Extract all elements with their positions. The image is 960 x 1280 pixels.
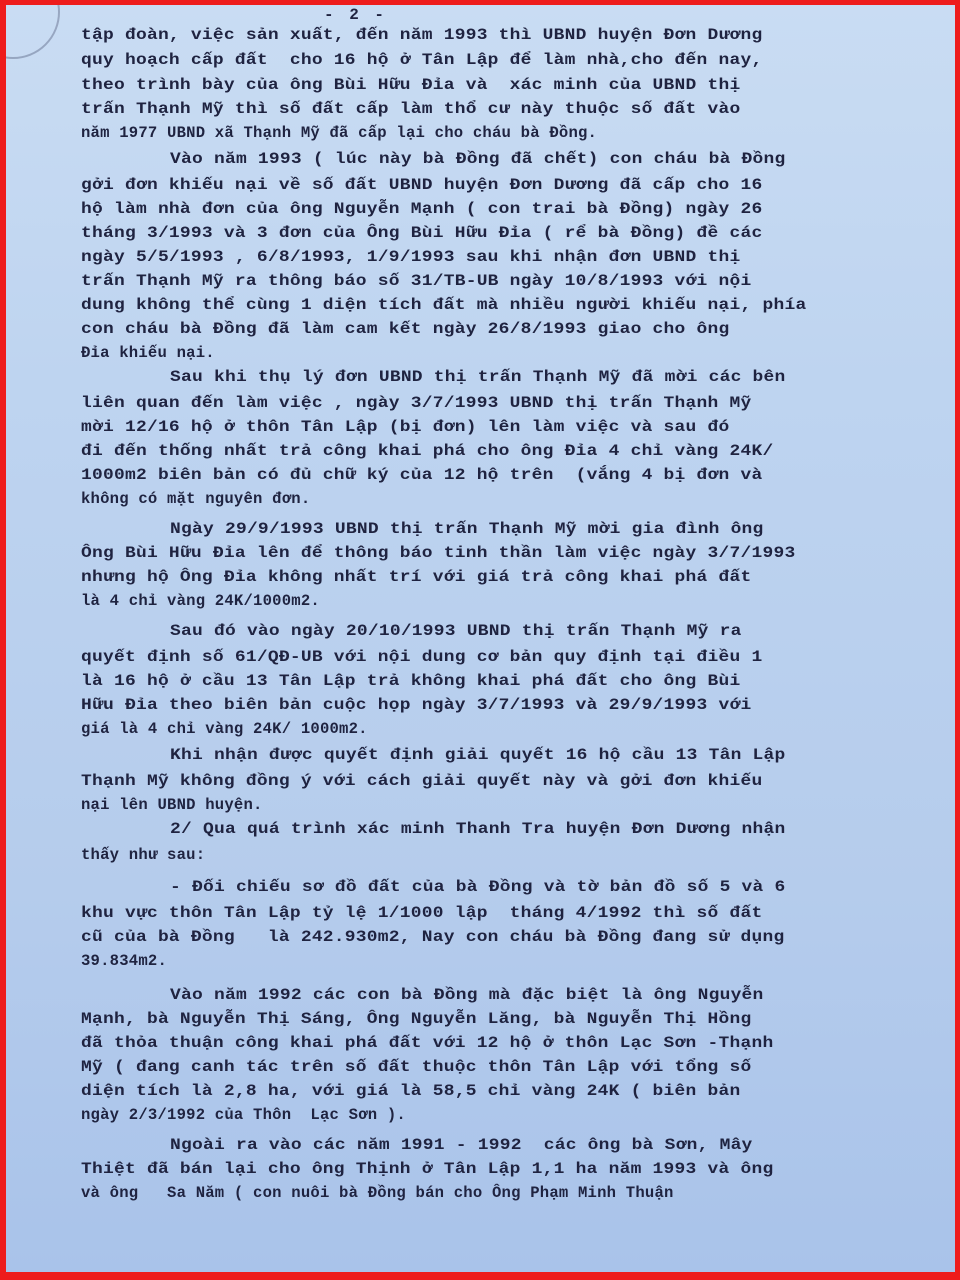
document-text-line: đã thỏa thuận công khai phá đất với 12 h…: [81, 1033, 773, 1053]
document-text-line: Sau đó vào ngày 20/10/1993 UBND thị trấn…: [170, 621, 742, 641]
document-text-line: Thạnh Mỹ không đồng ý với cách giải quyế…: [81, 771, 762, 791]
document-text-line: trấn Thạnh Mỹ thì số đất cấp làm thổ cư …: [81, 99, 740, 119]
document-text-line: Khi nhận được quyết định giải quyết 16 h…: [170, 745, 786, 765]
page-number: - 2 -: [324, 6, 387, 24]
document-text-line: không có mặt nguyên đơn.: [81, 489, 310, 509]
document-text-line: là 16 hộ ở cầu 13 Tân Lập trả không khai…: [81, 671, 740, 691]
document-text-line: Sau khi thụ lý đơn UBND thị trấn Thạnh M…: [170, 367, 786, 387]
document-text-line: tập đoàn, việc sản xuất, đến năm 1993 th…: [81, 25, 762, 45]
document-text-line: theo trình bày của ông Bùi Hữu Đỉa và xá…: [81, 75, 740, 95]
document-text-line: liên quan đến làm việc , ngày 3/7/1993 U…: [81, 393, 751, 413]
document-text-line: gởi đơn khiếu nại về số đất UBND huyện Đ…: [81, 175, 762, 195]
document-text-line: cũ của bà Đồng là 242.930m2, Nay con chá…: [81, 927, 784, 947]
document-text-line: Đỉa khiếu nại.: [81, 343, 215, 363]
document-text-line: và ông Sa Năm ( con nuôi bà Đồng bán cho…: [81, 1183, 674, 1203]
document-text-line: tháng 3/1993 và 3 đơn của Ông Bùi Hữu Đỉ…: [81, 223, 762, 243]
document-text-line: Vào năm 1993 ( lúc này bà Đồng đã chết) …: [170, 149, 786, 169]
document-text-line: Ngoài ra vào các năm 1991 - 1992 các ông…: [170, 1135, 753, 1155]
document-text-line: Vào năm 1992 các con bà Đồng mà đặc biệt…: [170, 985, 764, 1005]
document-text-line: quy hoạch cấp đất cho 16 hộ ở Tân Lập để…: [81, 50, 762, 70]
document-text-line: dung không thể cùng 1 diện tích đất mà n…: [81, 295, 806, 315]
document-text-line: 1000m2 biên bản có đủ chữ ký của 12 hộ t…: [81, 465, 762, 485]
document-text-line: ngày 2/3/1992 của Thôn Lạc Sơn ).: [81, 1105, 406, 1125]
document-text-line: nại lên UBND huyện.: [81, 795, 263, 815]
document-text-line: - Đối chiếu sơ đồ đất của bà Đồng và tờ …: [170, 877, 786, 897]
document-text-line: nhưng hộ Ông Đỉa không nhất trí với giá …: [81, 567, 751, 587]
document-text-line: quyết định số 61/QĐ-UB với nội dung cơ b…: [81, 647, 762, 667]
document-text-line: Ngày 29/9/1993 UBND thị trấn Thạnh Mỹ mờ…: [170, 519, 764, 539]
document-text-line: khu vực thôn Tân Lập tỷ lệ 1/1000 lập th…: [81, 903, 762, 923]
document-text-line: 2/ Qua quá trình xác minh Thanh Tra huyệ…: [170, 819, 786, 839]
document-text-line: Ông Bùi Hữu Đỉa lên để thông báo tinh th…: [81, 543, 795, 563]
document-text-line: thấy như sau:: [81, 845, 205, 865]
document-text-line: diện tích là 2,8 ha, với giá là 58,5 chỉ…: [81, 1081, 740, 1101]
document-text-line: mời 12/16 hộ ở thôn Tân Lập (bị đơn) lên…: [81, 417, 730, 437]
document-text-line: Thiệt đã bán lại cho ông Thịnh ở Tân Lập…: [81, 1159, 773, 1179]
document-text-line: giá là 4 chỉ vàng 24K/ 1000m2.: [81, 719, 368, 739]
document-text-line: Mỹ ( đang canh tác trên số đất thuộc thô…: [81, 1057, 751, 1077]
document-text-line: trấn Thạnh Mỹ ra thông báo số 31/TB-UB n…: [81, 271, 751, 291]
document-text-line: 39.834m2.: [81, 951, 167, 971]
document-text-line: đi đến thống nhất trả công khai phá cho …: [81, 441, 773, 461]
typewritten-document: - 2 - tập đoàn, việc sản xuất, đến năm 1…: [6, 5, 955, 1272]
document-text-line: năm 1977 UBND xã Thạnh Mỹ đã cấp lại cho…: [81, 123, 597, 143]
document-text-line: ngày 5/5/1993 , 6/8/1993, 1/9/1993 sau k…: [81, 247, 740, 267]
document-text-line: Hữu Đỉa theo biên bản cuộc họp ngày 3/7/…: [81, 695, 751, 715]
document-text-line: hộ làm nhà đơn của ông Nguyễn Mạnh ( con…: [81, 199, 762, 219]
document-text-line: là 4 chỉ vàng 24K/1000m2.: [81, 591, 320, 611]
document-text-line: Mạnh, bà Nguyễn Thị Sáng, Ông Nguyễn Lăn…: [81, 1009, 751, 1029]
document-text-line: con cháu bà Đồng đã làm cam kết ngày 26/…: [81, 319, 730, 339]
paper-page: - 2 - tập đoàn, việc sản xuất, đến năm 1…: [6, 5, 955, 1272]
